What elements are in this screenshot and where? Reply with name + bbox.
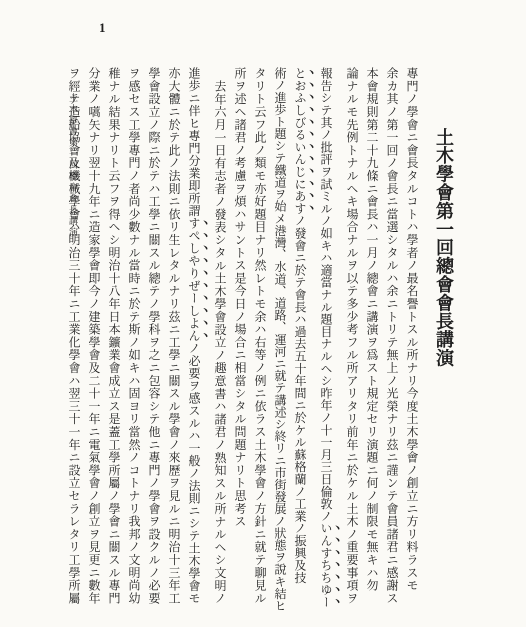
column-text: 余カ其ノ第一回ノ會長ニ當選シタルハ余ニトリテ無上ノ光榮ナリ茲ニ謹ンテ會員諸君ニ感…	[385, 67, 399, 605]
text-column: ヲ經テ造船協會及機械學會ハ明治三十年ニ工業化學會ハ翌三十一年ニ設立セラレタリ工學…	[64, 67, 84, 627]
column-text: ノ發會ニ於テ會長ハ過去五十年間ニ於ケル蘇格蘭ノ工業ノ振興及技	[293, 215, 307, 584]
text-column: 報告シテ其ノ批評ヲ試ミルノ如キハ適當ナル題目ナルヘシ昨年ノ十一月三日倫敦ノいんす…	[316, 67, 342, 627]
foreign-word-kana: いんすちちゆー	[319, 522, 333, 608]
column-text: 學會設立ノ際ニ於テハ工學ニ關スル總テノ學科ヲ之ニ包容シテ他ニ專門ノ學會ヲ設クルノ…	[147, 67, 161, 605]
column-text: ノ必要ヲ感スルハ一般ノ法則ニシテ土木學會モ	[187, 342, 201, 605]
text-column: 亦大體ニ於テ此ノ法則ニ依リ生レタルナリ茲ニ工學ニ關スル學會ノ來歷ヲ見ルニ明治十三…	[164, 67, 184, 627]
text-column: 本會規則第二十九條ニ會長ハ一月ノ總會ニ講演ヲ爲スト規定セリ演題ニ何ノ制限モ無キハ…	[362, 67, 382, 627]
column-text: 進歩ニ伴ヒ專門分業即所謂	[187, 67, 201, 217]
text-column: 余カ其ノ第一回ノ會長ニ當選シタルハ余ニトリテ無上ノ光榮ナリ茲ニ謹ンテ會員諸君ニ感…	[382, 67, 402, 627]
text-column: 所ヲ述ヘ諸君ノ考慮ヲ煩ハサントス是今日ノ場合ニ相當シタル問題ナリト思考ス	[230, 67, 250, 627]
page-content: 土木學會第一回總會會長講演 專門ノ學會ニ會長タルコトハ學者ノ最名譽トスル所ナリ今…	[64, 67, 456, 627]
text-column: ヲ感セス工學專門ノ者尚少數ナル當時ニ於テ斯ノ如キハ固ヨリ當然ノコトナリ我邦ノ文明…	[124, 67, 144, 627]
text-column: 術ノ進歩ト題シテ鐵道ヲ始メ港灣、水道、道路、運河ニ就テ講述シ終リニ市街發展ノ狀態…	[270, 67, 290, 627]
page-number: 1	[99, 20, 106, 36]
column-text: 去年六月一日有志者ノ發表シタル土木學會設立ノ趣意書ハ諸君ノ熟知スル所ナルヘシ文明…	[213, 80, 227, 605]
column-text: 報告シテ其ノ批評ヲ試ミルノ如キハ適當ナル題目ナルヘシ昨年ノ十一月三日倫敦ノ	[319, 67, 333, 522]
column-text: ヲ感セス工學專門ノ者尚少數ナル當時ニ於テ斯ノ如キハ固ヨリ當然ノコトナリ我邦ノ文明…	[127, 67, 141, 605]
column-text: ヲ經テ造船協會及機械學會ハ明治三十年ニ工業化學會ハ翌三十一年ニ設立セラレタリ工學…	[67, 67, 81, 605]
text-column: 論ナルモ先例トナルヘキ場合ナルヲ以テ多少考フル所アリタリ前年ニ於ケル土木ノ重要事…	[342, 67, 362, 627]
text-column: 分業ノ嚆矢ナリ翌十九年ニ造家學會即今ノ建築學會及二十一年ニ電氣學會ノ創立ヲ見更ニ…	[84, 67, 104, 627]
column-text: 亦大體ニ於テ此ノ法則ニ依リ生レタルナリ茲ニ工學ニ關スル學會ノ來歷ヲ見ルニ明治十三…	[167, 67, 181, 605]
column-text: タリト云フ此ノ類モ亦好題目ナリ然レトモ余ハ右等ノ例ニ依ラス土木學會ノ方針ニ就テ聊…	[253, 67, 267, 605]
foreign-word-kana: すぺしやりぜーしよん	[187, 217, 201, 342]
foreign-word-kana: とおふしびるいんじにあす	[293, 67, 307, 215]
column-text: 稚ナル結果ナリト云フヲ得ヘシ明治十八年日本鑛業會成立ス是蓋工學所屬ノ學會ニ關スル…	[107, 67, 121, 605]
text-column: とおふしびるいんじにあすノ發會ニ於テ會長ハ過去五十年間ニ於ケル蘇格蘭ノ工業ノ振興…	[290, 67, 316, 627]
text-column: タリト云フ此ノ類モ亦好題目ナリ然レトモ余ハ右等ノ例ニ依ラス土木學會ノ方針ニ就テ聊…	[250, 67, 270, 627]
text-column: 稚ナル結果ナリト云フヲ得ヘシ明治十八年日本鑛業會成立ス是蓋工學所屬ノ學會ニ關スル…	[104, 67, 124, 627]
text-column: 去年六月一日有志者ノ發表シタル土木學會設立ノ趣意書ハ諸君ノ熟知スル所ナルヘシ文明…	[210, 67, 230, 627]
column-text: 專門ノ學會ニ會長タルコトハ學者ノ最名譽トスル所ナリ今度土木學會ノ創立ニ方リ料ラス…	[405, 67, 419, 592]
column-text: 分業ノ嚆矢ナリ翌十九年ニ造家學會即今ノ建築學會及二十一年ニ電氣學會ノ創立ヲ見更ニ…	[87, 67, 101, 605]
text-column: 學會設立ノ際ニ於テハ工學ニ關スル總テノ學科ヲ之ニ包容シテ他ニ專門ノ學會ヲ設クルノ…	[144, 67, 164, 627]
column-text: 本會規則第二十九條ニ會長ハ一月ノ總會ニ講演ヲ爲スト規定セリ演題ニ何ノ制限モ無キハ…	[365, 67, 379, 592]
column-text: 論ナルモ先例トナルヘキ場合ナルヲ以テ多少考フル所アリタリ前年ニ於ケル土木ノ重要事…	[345, 67, 359, 605]
column-text: 所ヲ述ヘ諸君ノ考慮ヲ煩ハサントス是今日ノ場合ニ相當シタル問題ナリト思考ス	[233, 67, 247, 528]
column-text: 術ノ進歩ト題シテ鐵道ヲ始メ港灣、水道、道路、運河ニ就テ講述シ終リニ市街發展ノ狀態…	[273, 67, 287, 612]
book-page: 1 土木學會第一回總會會長講演 土木學會第一回總會會長講演 專門ノ學會ニ會長タル…	[0, 0, 526, 627]
text-column: 專門ノ學會ニ會長タルコトハ學者ノ最名譽トスル所ナリ今度土木學會ノ創立ニ方リ料ラス…	[402, 67, 422, 627]
text-column: 進歩ニ伴ヒ專門分業即所謂すぺしやりぜーしよんノ必要ヲ感スルハ一般ノ法則ニシテ土木…	[184, 67, 210, 627]
document-title: 土木學會第一回總會會長講演	[432, 67, 456, 627]
